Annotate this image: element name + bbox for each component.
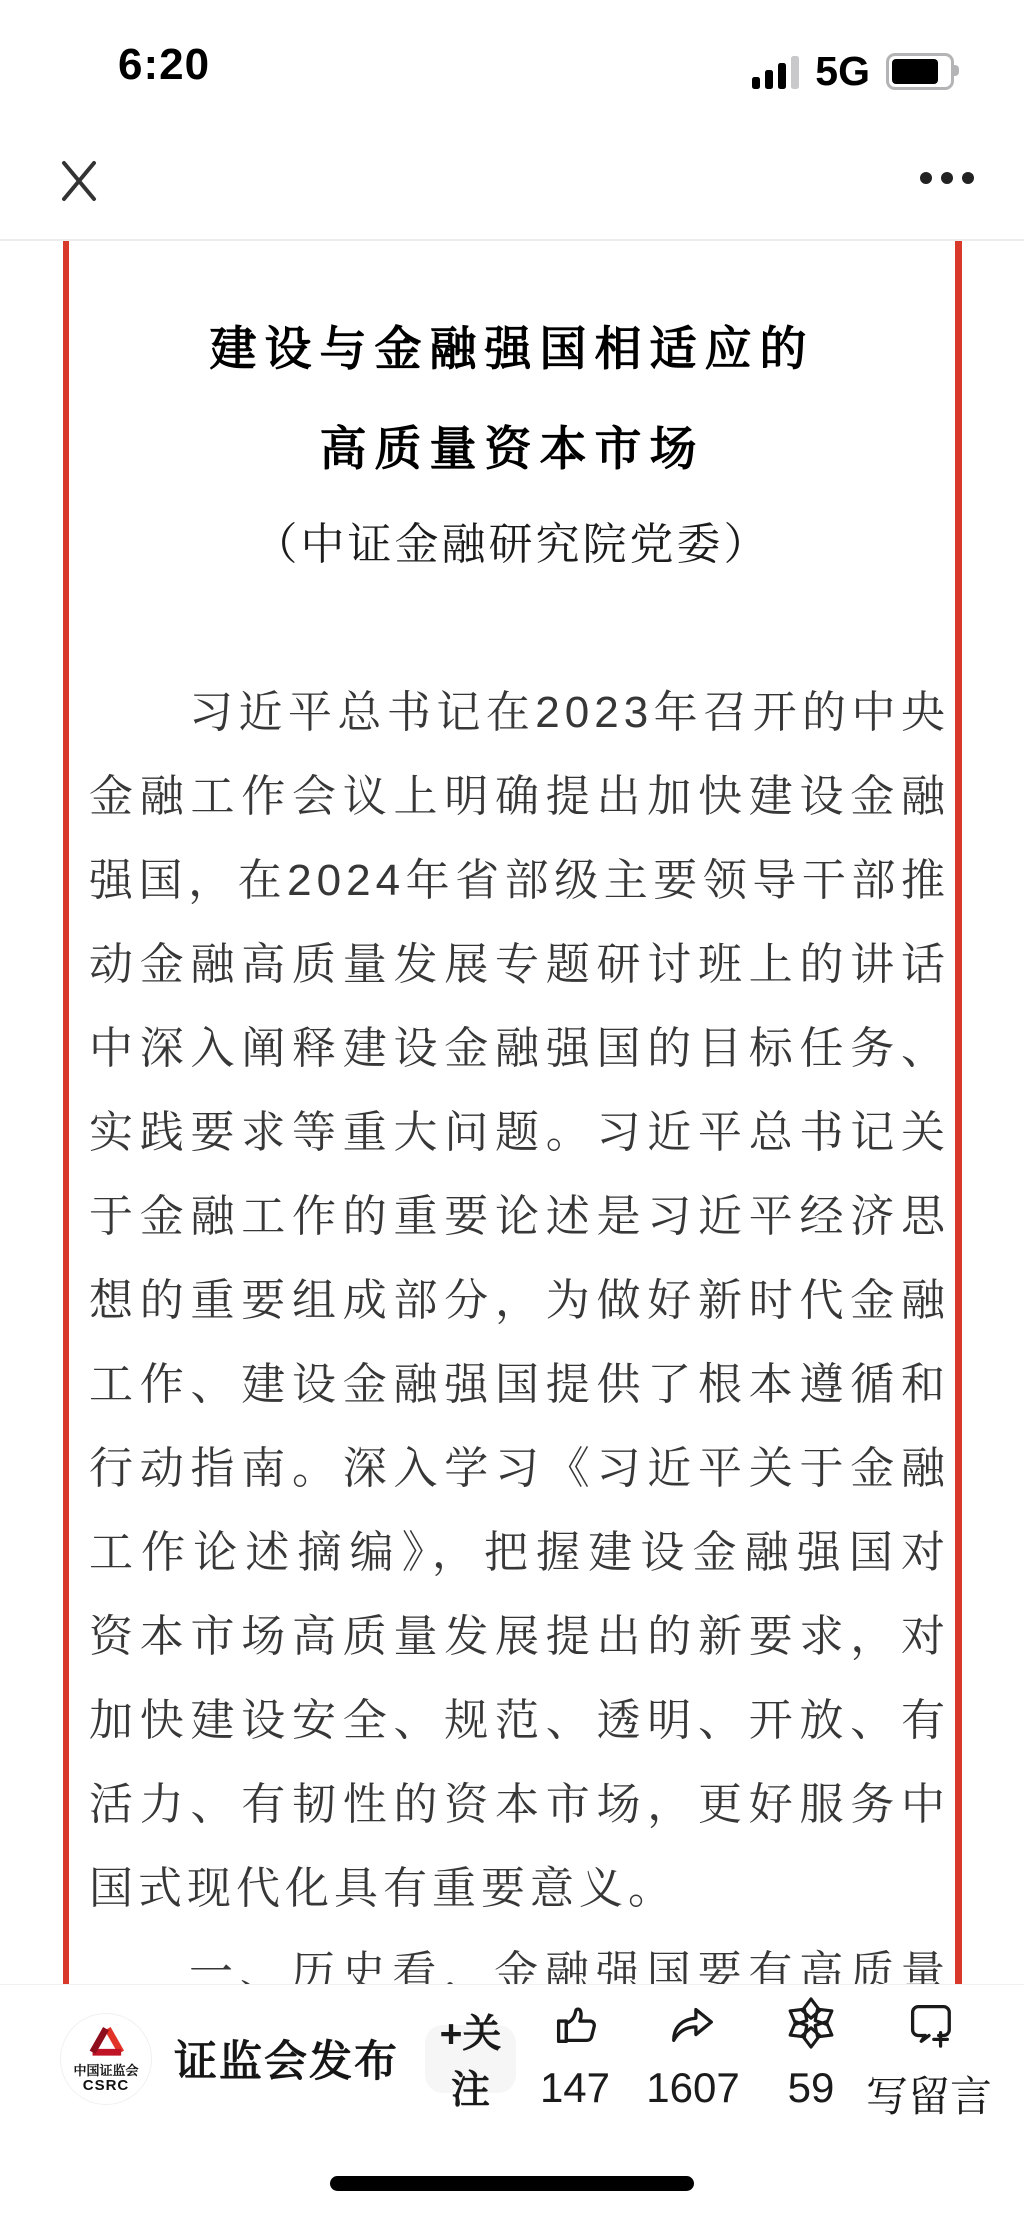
signal-strength-icon — [752, 55, 799, 89]
article-right-red-rule — [955, 241, 962, 1984]
body-line: 行动指南。深入学习《习近平关于金融 — [89, 1427, 950, 1511]
body-line: 强国，在2024年省部级主要领导干部推 — [89, 839, 950, 923]
network-type-label: 5G — [815, 48, 870, 95]
logo-text-cn: 中国证监会 — [73, 2063, 138, 2078]
wechat-article-screen: 6:20 5G 建设与金融强国相适应的 高质量资本市场 （中证金融研究院党委） — [0, 0, 1024, 2217]
share-count: 1607 — [646, 2064, 739, 2112]
share-arrow-icon — [666, 1994, 720, 2050]
thumbs-up-icon — [548, 1994, 602, 2050]
close-icon[interactable] — [56, 158, 102, 204]
logo-text-en: CSRC — [83, 2078, 130, 2094]
account-name[interactable]: 证监会发布 — [174, 2028, 399, 2089]
body-line-clipped: 一、历史看，金融强国要有高质量 — [89, 1931, 950, 1984]
nav-bar — [0, 140, 1024, 239]
article-title-line2: 高质量资本市场 — [0, 399, 1024, 499]
body-line: 金融工作会议上明确提出加快建设金融 — [89, 755, 950, 839]
share-button[interactable]: 1607 — [634, 1994, 752, 2124]
account-action-bar: 中国证监会 CSRC 证监会发布 +关注 147 — [0, 1984, 1024, 2132]
wow-button[interactable]: 59 — [752, 1994, 870, 2124]
body-line: 加快建设安全、规范、透明、开放、有 — [89, 1679, 950, 1763]
body-line: 于金融工作的重要论述是习近平经济思 — [89, 1175, 950, 1259]
follow-button[interactable]: +关注 — [425, 2025, 516, 2093]
article-title-line1: 建设与金融强国相适应的 — [0, 299, 1024, 399]
comment-label: 写留言 — [866, 2064, 992, 2124]
body-line: 实践要求等重大问题。习近平总书记关 — [89, 1091, 950, 1175]
body-line: 想的重要组成部分，为做好新时代金融 — [89, 1259, 950, 1343]
battery-icon — [886, 53, 954, 90]
body-line: 工作论述摘编》，把握建设金融强国对 — [89, 1511, 950, 1595]
comment-plus-icon — [902, 1994, 956, 2050]
like-button[interactable]: 147 — [516, 1994, 634, 2124]
action-buttons: 147 1607 — [516, 1994, 988, 2124]
article-left-red-rule — [63, 241, 69, 1984]
body-line: 动金融高质量发展专题研讨班上的讲话 — [89, 923, 950, 1007]
wow-count: 59 — [788, 2064, 835, 2112]
like-count: 147 — [540, 2064, 610, 2112]
wow-flower-icon — [784, 1994, 838, 2050]
body-line: 工作、建设金融强国提供了根本遵循和 — [89, 1343, 950, 1427]
status-bar: 6:20 5G — [0, 0, 1024, 140]
body-line: 习近平总书记在2023年召开的中央 — [89, 671, 950, 755]
csrc-logo-avatar[interactable]: 中国证监会 CSRC — [60, 2013, 152, 2105]
csrc-knot-icon — [85, 2023, 127, 2063]
body-line: 活力、有韧性的资本市场，更好服务中 — [89, 1763, 950, 1847]
comment-button[interactable]: 写留言 — [870, 1994, 988, 2124]
article-byline: （中证金融研究院党委） — [0, 499, 1024, 591]
clock-time: 6:20 — [118, 40, 210, 90]
body-line: 资本市场高质量发展提出的新要求，对 — [89, 1595, 950, 1679]
home-indicator[interactable] — [330, 2176, 694, 2191]
article-paragraph: 习近平总书记在2023年召开的中央 金融工作会议上明确提出加快建设金融 强国，在… — [0, 671, 1024, 1984]
status-icons: 5G — [752, 48, 954, 95]
body-line: 中深入阐释建设金融强国的目标任务、 — [89, 1007, 950, 1091]
article-content: 建设与金融强国相适应的 高质量资本市场 （中证金融研究院党委） 习近平总书记在2… — [0, 241, 1024, 1984]
more-options-icon[interactable] — [920, 172, 974, 184]
body-line: 国式现代化具有重要意义。 — [89, 1847, 950, 1931]
